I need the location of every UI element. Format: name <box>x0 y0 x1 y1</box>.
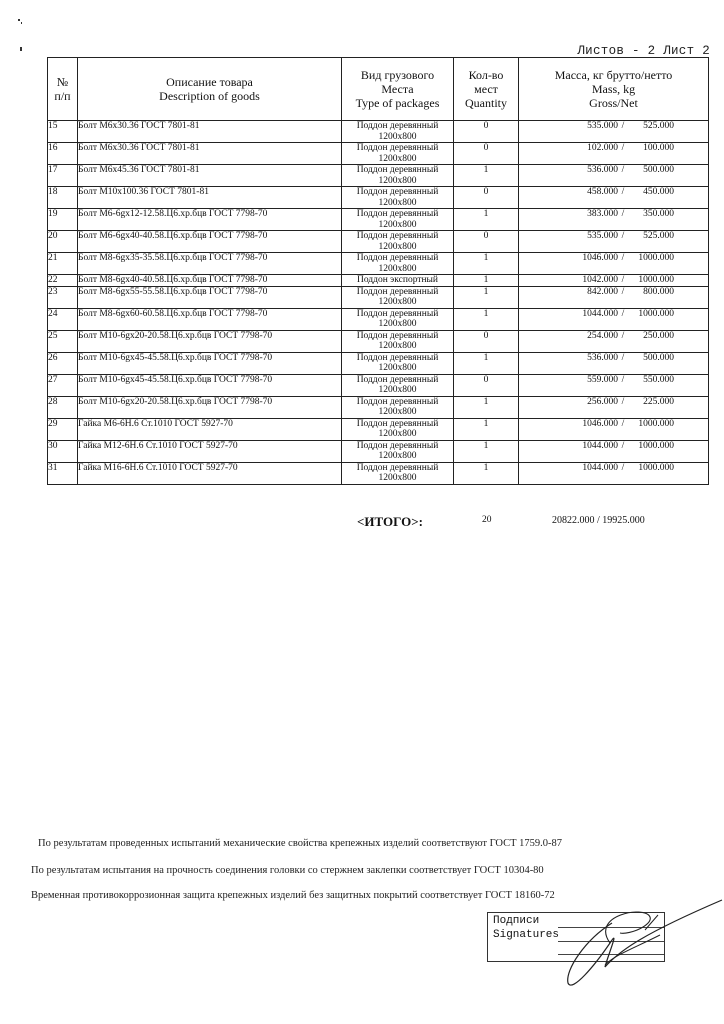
row-number: 29 <box>48 418 78 440</box>
row-description: Болт М10-6gх45-45.58.Ц6.хр.бцв ГОСТ 7798… <box>78 352 342 374</box>
row-number: 22 <box>48 275 78 287</box>
row-package-line: 1200х800 <box>342 132 453 143</box>
row-number: 21 <box>48 253 78 275</box>
row-mass-separator: / <box>618 287 628 298</box>
table-row: 24 Болт М8-6gх60-60.58.Ц6.хр.бцв ГОСТ 77… <box>48 308 709 330</box>
row-mass-separator: / <box>618 309 628 320</box>
row-package: Поддон деревянный1200х800 <box>342 209 454 231</box>
row-quantity: 0 <box>454 330 519 352</box>
row-quantity: 0 <box>454 374 519 396</box>
row-mass-gross: 1046.000 <box>552 419 618 430</box>
row-package-line: Поддон деревянный <box>342 231 453 242</box>
table-row: 30 Гайка М12-6Н.6 Ст.1010 ГОСТ 5927-70 П… <box>48 440 709 462</box>
note-rivet-strength: По результатам испытания на прочность со… <box>31 865 544 876</box>
row-package: Поддон деревянный1200х800 <box>342 352 454 374</box>
row-description: Болт М6-6gх12-12.58.Ц6.хр.бцв ГОСТ 7798-… <box>78 209 342 231</box>
row-mass-separator: / <box>618 397 628 408</box>
header-description: Описание товара Description of goods <box>78 58 342 121</box>
row-number: 19 <box>48 209 78 231</box>
row-package: Поддон деревянный1200х800 <box>342 396 454 418</box>
row-quantity: 1 <box>454 253 519 275</box>
row-package-line: 1200х800 <box>342 319 453 330</box>
row-quantity: 1 <box>454 165 519 187</box>
row-mass-gross: 559.000 <box>552 375 618 386</box>
row-description: Болт М8-6gх35-35.58.Ц6.хр.бцв ГОСТ 7798-… <box>78 253 342 275</box>
row-package: Поддон деревянный1200х800 <box>342 121 454 143</box>
goods-table-body: 15 Болт М6х30.36 ГОСТ 7801-81 Поддон дер… <box>48 121 709 485</box>
table-header-row: № п/п Описание товара Description of goo… <box>48 58 709 121</box>
row-package: Поддон деревянный1200х800 <box>342 143 454 165</box>
row-mass: 559.000 / 550.000 <box>519 374 709 396</box>
row-package-line: Поддон деревянный <box>342 463 453 474</box>
row-package-line: Поддон деревянный <box>342 287 453 298</box>
row-description: Болт М10-6gх20-20.58.Ц6.хр.бцв ГОСТ 7798… <box>78 396 342 418</box>
row-number: 18 <box>48 187 78 209</box>
row-mass-separator: / <box>618 187 628 198</box>
row-mass-net: 1000.000 <box>628 463 674 474</box>
row-quantity: 0 <box>454 143 519 165</box>
scan-speck <box>20 47 22 51</box>
row-mass-separator: / <box>618 331 628 342</box>
totals-label: <ИТОГО>: <box>357 514 423 530</box>
row-package-line: 1200х800 <box>342 385 453 396</box>
goods-table: № п/п Описание товара Description of goo… <box>47 57 709 485</box>
row-mass-net: 450.000 <box>628 187 674 198</box>
row-mass-separator: / <box>618 253 628 264</box>
row-mass: 102.000 / 100.000 <box>519 143 709 165</box>
row-mass-separator: / <box>618 441 628 452</box>
row-mass-net: 350.000 <box>628 209 674 220</box>
header-mass: Масса, кг брутто/нетто Mass, kg Gross/Ne… <box>519 58 709 121</box>
row-number: 16 <box>48 143 78 165</box>
row-mass-net: 500.000 <box>628 165 674 176</box>
row-mass: 536.000 / 500.000 <box>519 352 709 374</box>
table-row: 15 Болт М6х30.36 ГОСТ 7801-81 Поддон дер… <box>48 121 709 143</box>
row-description: Гайка М6-6Н.6 Ст.1010 ГОСТ 5927-70 <box>78 418 342 440</box>
row-package-line: Поддон деревянный <box>342 375 453 386</box>
row-mass-net: 1000.000 <box>628 253 674 264</box>
row-package-line: 1200х800 <box>342 429 453 440</box>
row-package-line: 1200х800 <box>342 198 453 209</box>
row-number: 27 <box>48 374 78 396</box>
row-package: Поддон деревянный1200х800 <box>342 286 454 308</box>
row-mass-net: 1000.000 <box>628 309 674 320</box>
table-row: 27 Болт М10-6gх45-45.58.Ц6.хр.бцв ГОСТ 7… <box>48 374 709 396</box>
row-mass-gross: 383.000 <box>552 209 618 220</box>
row-quantity: 0 <box>454 231 519 253</box>
row-mass-net: 1000.000 <box>628 441 674 452</box>
row-number: 23 <box>48 286 78 308</box>
row-mass-net: 1000.000 <box>628 275 674 286</box>
row-mass-separator: / <box>618 121 628 132</box>
row-package-line: Поддон деревянный <box>342 309 453 320</box>
row-mass-net: 250.000 <box>628 331 674 342</box>
row-mass: 1046.000 / 1000.000 <box>519 253 709 275</box>
row-quantity: 1 <box>454 418 519 440</box>
row-description: Болт М8-6gх40-40.58.Ц6.хр.бцв ГОСТ 7798-… <box>78 275 342 287</box>
row-mass-gross: 1044.000 <box>552 463 618 474</box>
row-number: 25 <box>48 330 78 352</box>
row-package: Поддон экспортный <box>342 275 454 287</box>
row-description: Болт М10-6gх45-45.58.Ц6.хр.бцв ГОСТ 7798… <box>78 374 342 396</box>
row-package-line: 1200х800 <box>342 264 453 275</box>
row-package-line: 1200х800 <box>342 242 453 253</box>
row-mass: 256.000 / 225.000 <box>519 396 709 418</box>
row-package: Поддон деревянный1200х800 <box>342 187 454 209</box>
row-number: 28 <box>48 396 78 418</box>
row-number: 15 <box>48 121 78 143</box>
row-package-line: 1200х800 <box>342 473 453 484</box>
row-mass-separator: / <box>618 165 628 176</box>
row-mass: 254.000 / 250.000 <box>519 330 709 352</box>
row-description: Болт М10-6gх20-20.58.Ц6.хр.бцв ГОСТ 7798… <box>78 330 342 352</box>
row-mass-net: 1000.000 <box>628 419 674 430</box>
row-mass-gross: 536.000 <box>552 165 618 176</box>
row-quantity: 0 <box>454 187 519 209</box>
table-row: 18 Болт М10х100.36 ГОСТ 7801-81 Поддон д… <box>48 187 709 209</box>
row-package: Поддон деревянный1200х800 <box>342 253 454 275</box>
row-package-line: Поддон деревянный <box>342 331 453 342</box>
row-mass-net: 550.000 <box>628 375 674 386</box>
row-package-line: 1200х800 <box>342 341 453 352</box>
row-package-line: Поддон деревянный <box>342 187 453 198</box>
row-mass-net: 225.000 <box>628 397 674 408</box>
handwritten-signature <box>550 895 724 995</box>
row-description: Болт М6х30.36 ГОСТ 7801-81 <box>78 121 342 143</box>
row-mass-separator: / <box>618 231 628 242</box>
header-package: Вид грузового Места Type of packages <box>342 58 454 121</box>
row-mass-gross: 256.000 <box>552 397 618 408</box>
row-description: Болт М6-6gх40-40.58.Ц6.хр.бцв ГОСТ 7798-… <box>78 231 342 253</box>
table-row: 17 Болт М6х45.36 ГОСТ 7801-81 Поддон дер… <box>48 165 709 187</box>
row-package-line: Поддон деревянный <box>342 397 453 408</box>
row-package: Поддон деревянный1200х800 <box>342 330 454 352</box>
row-package-line: 1200х800 <box>342 297 453 308</box>
row-package-line: 1200х800 <box>342 363 453 374</box>
row-mass: 535.000 / 525.000 <box>519 121 709 143</box>
row-description: Болт М6х30.36 ГОСТ 7801-81 <box>78 143 342 165</box>
row-package-line: Поддон деревянный <box>342 419 453 430</box>
scan-speck <box>21 22 22 24</box>
row-number: 20 <box>48 231 78 253</box>
totals-mass: 20822.000 / 19925.000 <box>552 515 645 526</box>
row-number: 26 <box>48 352 78 374</box>
row-description: Болт М6х45.36 ГОСТ 7801-81 <box>78 165 342 187</box>
row-quantity: 1 <box>454 396 519 418</box>
row-mass-gross: 102.000 <box>552 143 618 154</box>
table-row: 23 Болт М8-6gх55-55.58.Ц6.хр.бцв ГОСТ 77… <box>48 286 709 308</box>
row-package-line: Поддон экспортный <box>342 275 453 286</box>
row-number: 30 <box>48 440 78 462</box>
table-row: 26 Болт М10-6gх45-45.58.Ц6.хр.бцв ГОСТ 7… <box>48 352 709 374</box>
row-mass-gross: 1044.000 <box>552 441 618 452</box>
scan-speck <box>18 19 20 21</box>
row-mass-gross: 1046.000 <box>552 253 618 264</box>
row-mass-separator: / <box>618 143 628 154</box>
row-package-line: 1200х800 <box>342 154 453 165</box>
row-mass: 1044.000 / 1000.000 <box>519 462 709 484</box>
table-row: 21 Болт М8-6gх35-35.58.Ц6.хр.бцв ГОСТ 77… <box>48 253 709 275</box>
row-number: 31 <box>48 462 78 484</box>
signature-label-ru: Подписи <box>493 915 539 927</box>
row-package-line: Поддон деревянный <box>342 143 453 154</box>
table-row: 29 Гайка М6-6Н.6 Ст.1010 ГОСТ 5927-70 По… <box>48 418 709 440</box>
row-mass: 1046.000 / 1000.000 <box>519 418 709 440</box>
table-row: 28 Болт М10-6gх20-20.58.Ц6.хр.бцв ГОСТ 7… <box>48 396 709 418</box>
row-mass: 1044.000 / 1000.000 <box>519 308 709 330</box>
row-mass: 383.000 / 350.000 <box>519 209 709 231</box>
totals-quantity: 20 <box>482 515 492 525</box>
row-mass-net: 500.000 <box>628 353 674 364</box>
row-quantity: 1 <box>454 275 519 287</box>
row-mass: 535.000 / 525.000 <box>519 231 709 253</box>
row-package-line: Поддон деревянный <box>342 253 453 264</box>
row-quantity: 1 <box>454 286 519 308</box>
table-row: 25 Болт М10-6gх20-20.58.Ц6.хр.бцв ГОСТ 7… <box>48 330 709 352</box>
row-package: Поддон деревянный1200х800 <box>342 231 454 253</box>
row-mass: 842.000 / 800.000 <box>519 286 709 308</box>
row-quantity: 1 <box>454 440 519 462</box>
row-quantity: 1 <box>454 352 519 374</box>
header-quantity: Кол-во мест Quantity <box>454 58 519 121</box>
row-package-line: Поддон деревянный <box>342 121 453 132</box>
totals-row: <ИТОГО>: 20 20822.000 / 19925.000 <box>0 514 724 534</box>
row-number: 17 <box>48 165 78 187</box>
row-package: Поддон деревянный1200х800 <box>342 462 454 484</box>
row-description: Гайка М16-6Н.6 Ст.1010 ГОСТ 5927-70 <box>78 462 342 484</box>
row-package-line: 1200х800 <box>342 407 453 418</box>
row-quantity: 1 <box>454 209 519 231</box>
row-mass-gross: 458.000 <box>552 187 618 198</box>
row-mass-gross: 535.000 <box>552 121 618 132</box>
row-mass-gross: 842.000 <box>552 287 618 298</box>
row-description: Гайка М12-6Н.6 Ст.1010 ГОСТ 5927-70 <box>78 440 342 462</box>
table-row: 16 Болт М6х30.36 ГОСТ 7801-81 Поддон дер… <box>48 143 709 165</box>
row-mass-gross: 1042.000 <box>552 275 618 286</box>
row-mass: 1042.000 / 1000.000 <box>519 275 709 287</box>
row-package-line: Поддон деревянный <box>342 165 453 176</box>
row-mass-separator: / <box>618 375 628 386</box>
row-mass-separator: / <box>618 419 628 430</box>
row-description: Болт М10х100.36 ГОСТ 7801-81 <box>78 187 342 209</box>
row-mass-gross: 1044.000 <box>552 309 618 320</box>
row-package-line: 1200х800 <box>342 176 453 187</box>
row-mass-net: 525.000 <box>628 231 674 242</box>
row-mass-separator: / <box>618 275 628 286</box>
row-mass-gross: 254.000 <box>552 331 618 342</box>
row-package: Поддон деревянный1200х800 <box>342 440 454 462</box>
row-mass-net: 100.000 <box>628 143 674 154</box>
table-row: 31 Гайка М16-6Н.6 Ст.1010 ГОСТ 5927-70 П… <box>48 462 709 484</box>
row-mass: 458.000 / 450.000 <box>519 187 709 209</box>
row-number: 24 <box>48 308 78 330</box>
table-row: 22 Болт М8-6gх40-40.58.Ц6.хр.бцв ГОСТ 77… <box>48 275 709 287</box>
row-mass-gross: 535.000 <box>552 231 618 242</box>
row-quantity: 1 <box>454 308 519 330</box>
note-mechanical: По результатам проведенных испытаний мех… <box>38 838 562 849</box>
row-package-line: Поддон деревянный <box>342 353 453 364</box>
row-package: Поддон деревянный1200х800 <box>342 418 454 440</box>
row-mass-net: 800.000 <box>628 287 674 298</box>
row-description: Болт М8-6gх55-55.58.Ц6.хр.бцв ГОСТ 7798-… <box>78 286 342 308</box>
row-package: Поддон деревянный1200х800 <box>342 308 454 330</box>
note-corrosion: Временная противокоррозионная защита кре… <box>31 890 555 901</box>
table-row: 19 Болт М6-6gх12-12.58.Ц6.хр.бцв ГОСТ 77… <box>48 209 709 231</box>
header-num: № п/п <box>48 58 78 121</box>
row-mass-separator: / <box>618 463 628 474</box>
row-quantity: 0 <box>454 121 519 143</box>
row-mass-net: 525.000 <box>628 121 674 132</box>
row-package: Поддон деревянный1200х800 <box>342 374 454 396</box>
row-description: Болт М8-6gх60-60.58.Ц6.хр.бцв ГОСТ 7798-… <box>78 308 342 330</box>
row-mass: 536.000 / 500.000 <box>519 165 709 187</box>
row-mass: 1044.000 / 1000.000 <box>519 440 709 462</box>
row-mass-gross: 536.000 <box>552 353 618 364</box>
row-mass-separator: / <box>618 353 628 364</box>
row-quantity: 1 <box>454 462 519 484</box>
row-mass-separator: / <box>618 209 628 220</box>
sheet-info: Листов - 2 Лист 2 <box>577 44 710 58</box>
row-package-line: 1200х800 <box>342 220 453 231</box>
row-package-line: Поддон деревянный <box>342 441 453 452</box>
table-row: 20 Болт М6-6gх40-40.58.Ц6.хр.бцв ГОСТ 77… <box>48 231 709 253</box>
row-package-line: Поддон деревянный <box>342 209 453 220</box>
row-package-line: 1200х800 <box>342 451 453 462</box>
row-package: Поддон деревянный1200х800 <box>342 165 454 187</box>
